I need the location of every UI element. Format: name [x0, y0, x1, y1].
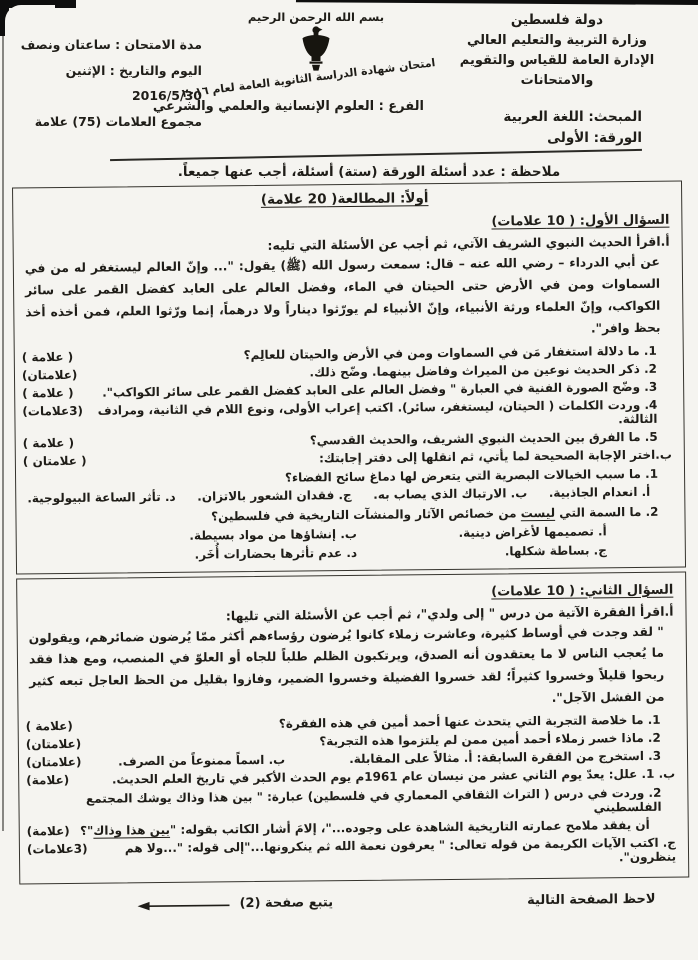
option-a: أ. تصميمها لأغراض دينية. — [357, 524, 607, 541]
section-two-box: السؤال الثاني: ( 10 علامات) أ.اقرأ الفقر… — [16, 571, 689, 884]
question-row: 5. ما الفرق بين الحديث النبوي الشريف، وا… — [23, 429, 672, 450]
question-one-heading: السؤال الأول: ( 10 علامات) — [491, 212, 669, 229]
question-text: أن يفقد ملامح عمارته التاريخية الشاهدة ع… — [80, 818, 650, 838]
mark-label: ( علامة ) — [22, 349, 73, 364]
ministry-name: وزارة التربية والتعليم العالي — [430, 31, 684, 51]
question-text: 2. ذكر الحديث نوعين من الميراث وفاضل بين… — [309, 361, 657, 379]
lesson-passage: " لقد وجدت في أوساط كثيرة، وعاشرت زملاء … — [29, 621, 665, 715]
exam-header: دولة فلسطين وزارة التربية والتعليم العال… — [0, 0, 698, 148]
question-text: 4. وردت الكلمات ( الحيتان، ليستغفر، سائر… — [89, 397, 658, 431]
question-row: 3. استخرج من الفقرة السابقة: أ. مثالاً ع… — [26, 748, 675, 769]
part-b-row: ب.اختر الإجابة الصحيحة لما يأتي، ثم انقل… — [23, 447, 672, 468]
option-b: ب. الارتباك الذي يصاب به. — [373, 485, 527, 501]
mark-label: ( علامتان ) — [23, 453, 87, 468]
continued-note: يتبع صفحة (2) — [137, 895, 333, 912]
scan-artifact-left-edge — [2, 36, 4, 831]
next-page-note: لاحظ الصفحة التالية — [527, 892, 656, 908]
left-arrow-icon — [137, 899, 229, 912]
page-body: أولاً: المطالعة( 20 علامة) السؤال الأول:… — [0, 180, 698, 913]
question-text: 3. استخرج من الفقرة السابقة: أ. مثالاً ع… — [118, 749, 661, 769]
underlined-phrase: بين هذا وذاك — [93, 823, 170, 838]
mark-label: (علامة ) — [26, 719, 73, 733]
mark-label: ( علامة ) — [23, 435, 74, 450]
option-d: د. تأثر الساعة البيولوجية. — [27, 489, 176, 505]
option-d: د. عدم تأثرها بحضارات أُخَر. — [64, 545, 357, 562]
question-text: ب. 1. علل: يعدّ يوم الثاني عشر من نيسان … — [112, 766, 675, 786]
part-b1-row: ب. 1. علل: يعدّ يوم الثاني عشر من نيسان … — [26, 766, 675, 787]
underlined-word: ليست — [521, 505, 555, 519]
question-row: 4. وردت الكلمات ( الحيتان، ليستغفر، سائر… — [22, 397, 671, 432]
question-text: 5. ما الفرق بين الحديث النبوي الشريف، وا… — [310, 429, 658, 447]
mark-label: (علامتان) — [26, 737, 82, 752]
option-c: ج. بساطة شكلها. — [357, 543, 607, 560]
section-one-box: أولاً: المطالعة( 20 علامة) السؤال الأول:… — [12, 180, 686, 573]
basmala-text: بسم الله الرحمن الرحيم — [202, 10, 430, 24]
page-footer: لاحظ الصفحة التالية يتبع صفحة (2) — [137, 892, 655, 912]
note-line: ملاحظة : عدد أسئلة الورقة (ستة) أسئلة، أ… — [40, 164, 698, 180]
mark-label: ( علامة ) — [22, 385, 73, 400]
part-c-row: ج. اكتب الآيات الكريمة من قوله تعالى: " … — [27, 835, 676, 870]
mcq2-options: أ. تصميمها لأغراض دينية. ب. إنشاؤها من م… — [24, 521, 673, 564]
part-b2-line2: أن يفقد ملامح عمارته التاريخية الشاهدة ع… — [27, 817, 676, 838]
part-b2-line1: 2. وردت في درس ( التراث الثقافي المعماري… — [26, 785, 675, 820]
subject-block: المبحث: اللغة العربية الورقة: الأولى — [430, 107, 642, 148]
ministry-block: دولة فلسطين وزارة التربية والتعليم العال… — [430, 10, 684, 148]
question-text: 1. ما خلاصة التجربة التي يتحدث عنها أحمد… — [279, 713, 661, 731]
mark-label: (علامة) — [26, 773, 69, 787]
option-b: ب. إنشاؤها من مواد بسيطة. — [64, 526, 357, 543]
header-divider — [110, 149, 642, 161]
scan-artifact-page-corner — [5, 5, 55, 41]
question-text: 1. ما دلالة استغفار مَن في السماوات ومن … — [244, 343, 657, 361]
branch-line: الفرع : العلوم الإنسانية والعلمي والشرعي — [196, 99, 424, 114]
emblem-block: بسم الله الرحمن الرحيم امتحان شهادة الدر… — [202, 10, 430, 148]
mark-label: (علامتان) — [26, 755, 82, 770]
mark-label: (3علامات) — [22, 403, 83, 418]
subject-line: المبحث: اللغة العربية — [430, 107, 642, 127]
option-a: أ. انعدام الجاذبية. — [549, 484, 651, 499]
department-name: الإدارة العامة للقياس والتقويم والامتحان… — [430, 51, 684, 91]
continued-text: يتبع صفحة (2) — [239, 895, 333, 911]
mark-label: (علامة) — [27, 824, 70, 838]
question-row: 3. وضّح الصورة الفنية في العبارة " وفضل … — [22, 379, 671, 400]
question-row: 1. ما خلاصة التجربة التي يتحدث عنها أحمد… — [26, 712, 675, 733]
question-two-heading: السؤال الثاني: ( 10 علامات) — [491, 582, 673, 599]
mcq1-options: أ. انعدام الجاذبية. ب. الارتباك الذي يصا… — [23, 483, 672, 506]
question-row: 2. ذكر الحديث نوعين من الميراث وفاضل بين… — [22, 361, 671, 382]
question-text: 2. ماذا خسر زملاء أحمد أمين ممن لم يلتزم… — [319, 731, 661, 749]
part-b-text: ب.اختر الإجابة الصحيحة لما يأتي، ثم انقل… — [319, 447, 672, 465]
question-text: ج. اكتب الآيات الكريمة من قوله تعالى: " … — [94, 835, 677, 869]
mark-label: (علامتان) — [22, 367, 78, 382]
paper-line: الورقة: الأولى — [430, 128, 642, 148]
question-row: 2. ماذا خسر زملاء أحمد أمين ممن لم يلتزم… — [26, 730, 675, 751]
option-c: ج. فقدان الشعور بالاتزان. — [197, 487, 352, 503]
state-name: دولة فلسطين — [430, 10, 684, 31]
question-row: 1. ما دلالة استغفار مَن في السماوات ومن … — [22, 343, 671, 364]
question-text: 3. وضّح الصورة الفنية في العبارة " وفضل … — [102, 379, 657, 399]
mark-label: (3علامات) — [27, 842, 88, 857]
hadith-passage: عن أبي الدرداء – رضي الله عنه – قال: سمع… — [25, 252, 661, 346]
section-one-title: أولاً: المطالعة( 20 علامة) — [20, 187, 669, 210]
